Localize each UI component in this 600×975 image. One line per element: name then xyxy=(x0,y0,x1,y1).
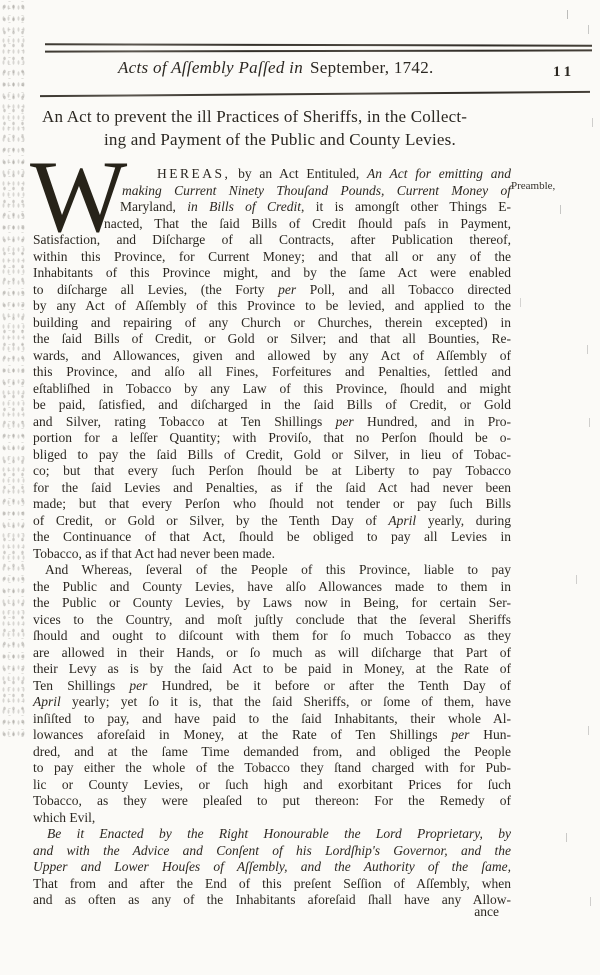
text-line: the Public and County Levies, have alſo … xyxy=(33,579,511,596)
text-line: be paid, ſatisfied, and diſcharged in th… xyxy=(33,397,511,414)
scan-noise-left-edge xyxy=(0,0,27,740)
running-title-roman: September, 1742. xyxy=(310,58,434,77)
text-line: which Evil, xyxy=(33,810,511,827)
text-line: making Current Ninety Thouſand Pounds, C… xyxy=(33,183,511,200)
running-header: Acts of Aſſembly Paſſed inSeptember, 174… xyxy=(118,58,434,78)
text-line: bliged to pay the ſaid Bills of Credit, … xyxy=(33,447,511,464)
text-line: building and repairing of any Church or … xyxy=(33,315,511,332)
text-line: Ten Shillings per Hundred, be it before … xyxy=(33,678,511,695)
text-line: lic or County Levies, or ſuch high and e… xyxy=(33,777,511,794)
body-text: HEREAS, by an Act Entituled, An Act for … xyxy=(33,166,511,909)
text-line: And Whereas, ſeveral of the People of th… xyxy=(33,562,511,579)
text-line: April yearly; yet ſo it is, that the ſai… xyxy=(33,694,511,711)
text-line: are allowed in their Hands, or ſo much a… xyxy=(33,645,511,662)
text-line: to diſcharge all Levies, (the Forty per … xyxy=(33,282,511,299)
text-line: the ſaid Bills of Credit, or Gold or Sil… xyxy=(33,331,511,348)
text-line: That from and after the End of this preſ… xyxy=(33,876,511,893)
text-line: the Continuance of that Act, ſhould be o… xyxy=(33,529,511,546)
running-title-italic: Acts of Aſſembly Paſſed in xyxy=(118,58,303,77)
paragraph: HEREAS, by an Act Entituled, An Act for … xyxy=(33,166,511,562)
text-line: Tobacco, as if that Act had never been m… xyxy=(33,546,511,563)
catchword: ance xyxy=(33,904,511,920)
text-line: vices to the Country, and moſt juſtly co… xyxy=(33,612,511,629)
text-line: by any Act of Aſſembly of this Province … xyxy=(33,298,511,315)
text-line: Be it Enacted by the Right Honourable th… xyxy=(33,826,511,843)
text-line: of Credit, or Gold or Silver, by the Ten… xyxy=(33,513,511,530)
page-number: 11 xyxy=(553,64,575,81)
preamble-margin-note: Preamble, xyxy=(511,180,595,192)
text-line: wards, and Allowances, given and allowed… xyxy=(33,348,511,365)
act-title-line1: An Act to prevent the ill Practices of S… xyxy=(42,105,524,128)
text-line: within this Province, for Current Money;… xyxy=(33,249,511,266)
act-title-line2: ing and Payment of the Public and County… xyxy=(104,128,524,151)
text-line: and with the Advice and Conſent of his L… xyxy=(33,843,511,860)
text-line: for the ſaid Levies and Penalties, as if… xyxy=(33,480,511,497)
text-line: and Silver, rating Tobacco at Ten Shilli… xyxy=(33,414,511,431)
text-line: inſiſted to pay, and have paid to the ſa… xyxy=(33,711,511,728)
text-line: their Levy as is by the ſaid Act to be p… xyxy=(33,661,511,678)
text-line: co; but that every ſuch Perſon ſhould be… xyxy=(33,463,511,480)
text-line: the Public or County Levies, by Laws now… xyxy=(33,595,511,612)
text-line: portion for a leſſer Quantity; with Prov… xyxy=(33,430,511,447)
text-line: ſhould and ought to diſcount with them f… xyxy=(33,628,511,645)
header-rule-top-second xyxy=(45,49,592,52)
paragraph: Be it Enacted by the Right Honourable th… xyxy=(33,826,511,909)
text-line: nacted, That the ſaid Bills of Credit ſh… xyxy=(33,216,511,233)
text-line: this Province, and alſo all Fines, Forfe… xyxy=(33,364,511,381)
document-page: Acts of Aſſembly Paſſed inSeptember, 174… xyxy=(0,0,600,975)
text-line: Satisfaction, and Diſcharge of all Contr… xyxy=(33,232,511,249)
text-line: to pay either the whole of the Tobacco t… xyxy=(33,760,511,777)
text-line: HEREAS, by an Act Entituled, An Act for … xyxy=(33,166,511,183)
text-line: Tobacco, as they were pleaſed to put the… xyxy=(33,793,511,810)
paragraph: And Whereas, ſeveral of the People of th… xyxy=(33,562,511,826)
text-line: eſtabliſhed in Tobacco by any Law of thi… xyxy=(33,381,511,398)
text-line: Maryland, in Bills of Credit, it is amon… xyxy=(33,199,511,216)
scan-artifact-marks xyxy=(0,0,1,9)
header-rule-top xyxy=(45,43,592,46)
text-line: Upper and Lower Houſes of Aſſembly, and … xyxy=(33,859,511,876)
text-line: made; but that every Perſon who ſhould n… xyxy=(33,496,511,513)
text-line: dred, and at the ſame Time demanded from… xyxy=(33,744,511,761)
text-line: Inhabitants of this Province might, and … xyxy=(33,265,511,282)
header-rule-bottom xyxy=(40,91,590,97)
text-line: lowances aforeſaid in Money, at the Rate… xyxy=(33,727,511,744)
